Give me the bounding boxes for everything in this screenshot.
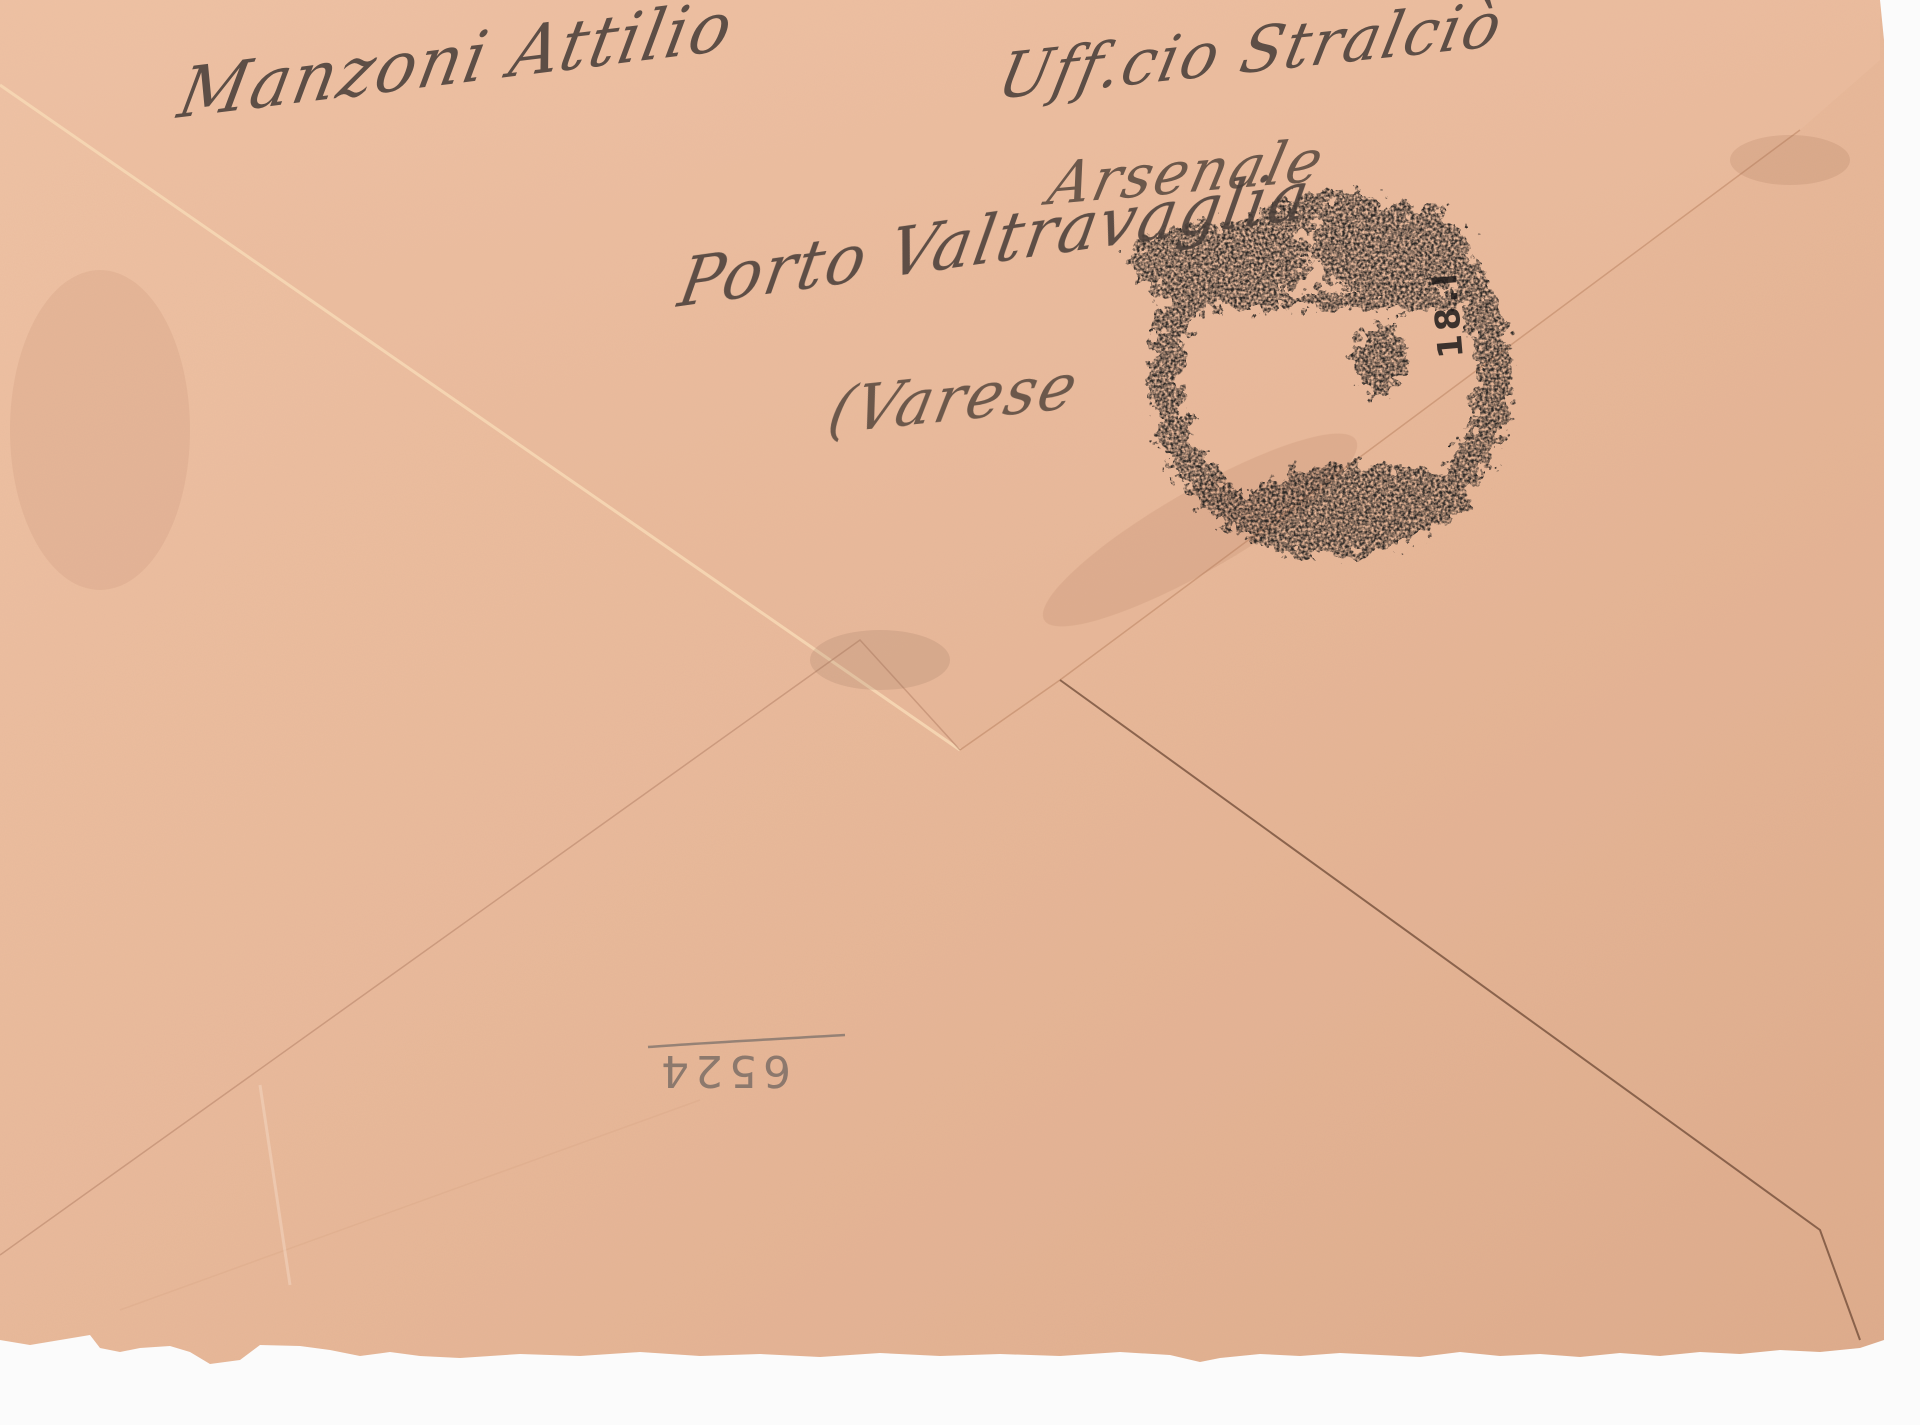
pencil-archive-number: 6524 [655,1045,791,1096]
postmark-date-text: 18.I [1424,268,1472,360]
